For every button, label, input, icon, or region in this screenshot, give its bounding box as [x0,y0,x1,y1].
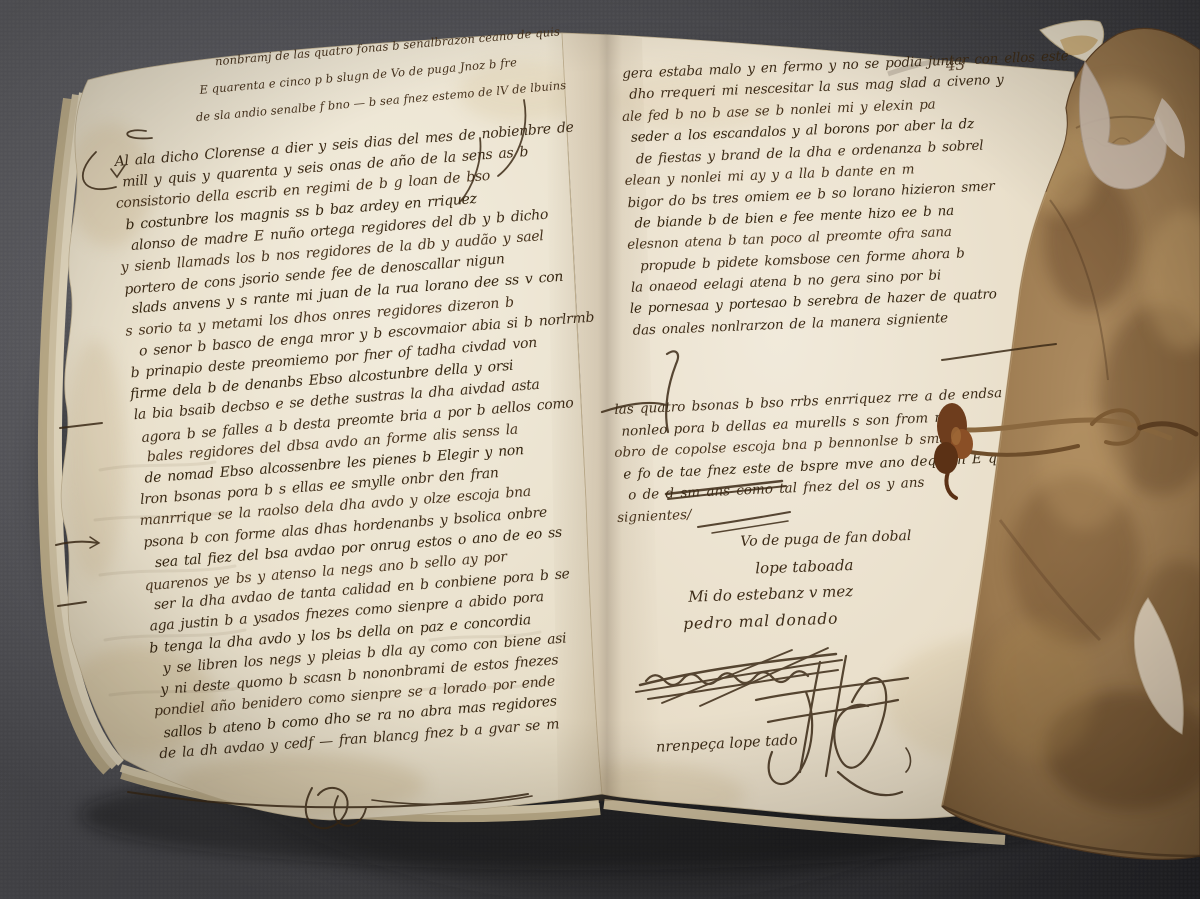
right-page-body: gera estaba malo y en fermo y no se podi… [622,46,1078,342]
left-page-heading: nonbramj de las quatro fonas b senalbraz… [196,13,621,130]
text-layer: nonbramj de las quatro fonas b senalbraz… [0,0,1200,899]
bottom-note: nrenpeça lope tado [656,732,798,755]
right-page-second-block: las quatro bsonas b bso rrbs enrriquez r… [614,381,1054,529]
manuscript-photo: nonbramj de las quatro fonas b senalbraz… [0,0,1200,899]
left-page-body: Al ala dicho Clorense a dier y seis dias… [114,116,634,765]
signature-block: Vo de puga de fan doballope taboadaMi do… [652,522,956,638]
